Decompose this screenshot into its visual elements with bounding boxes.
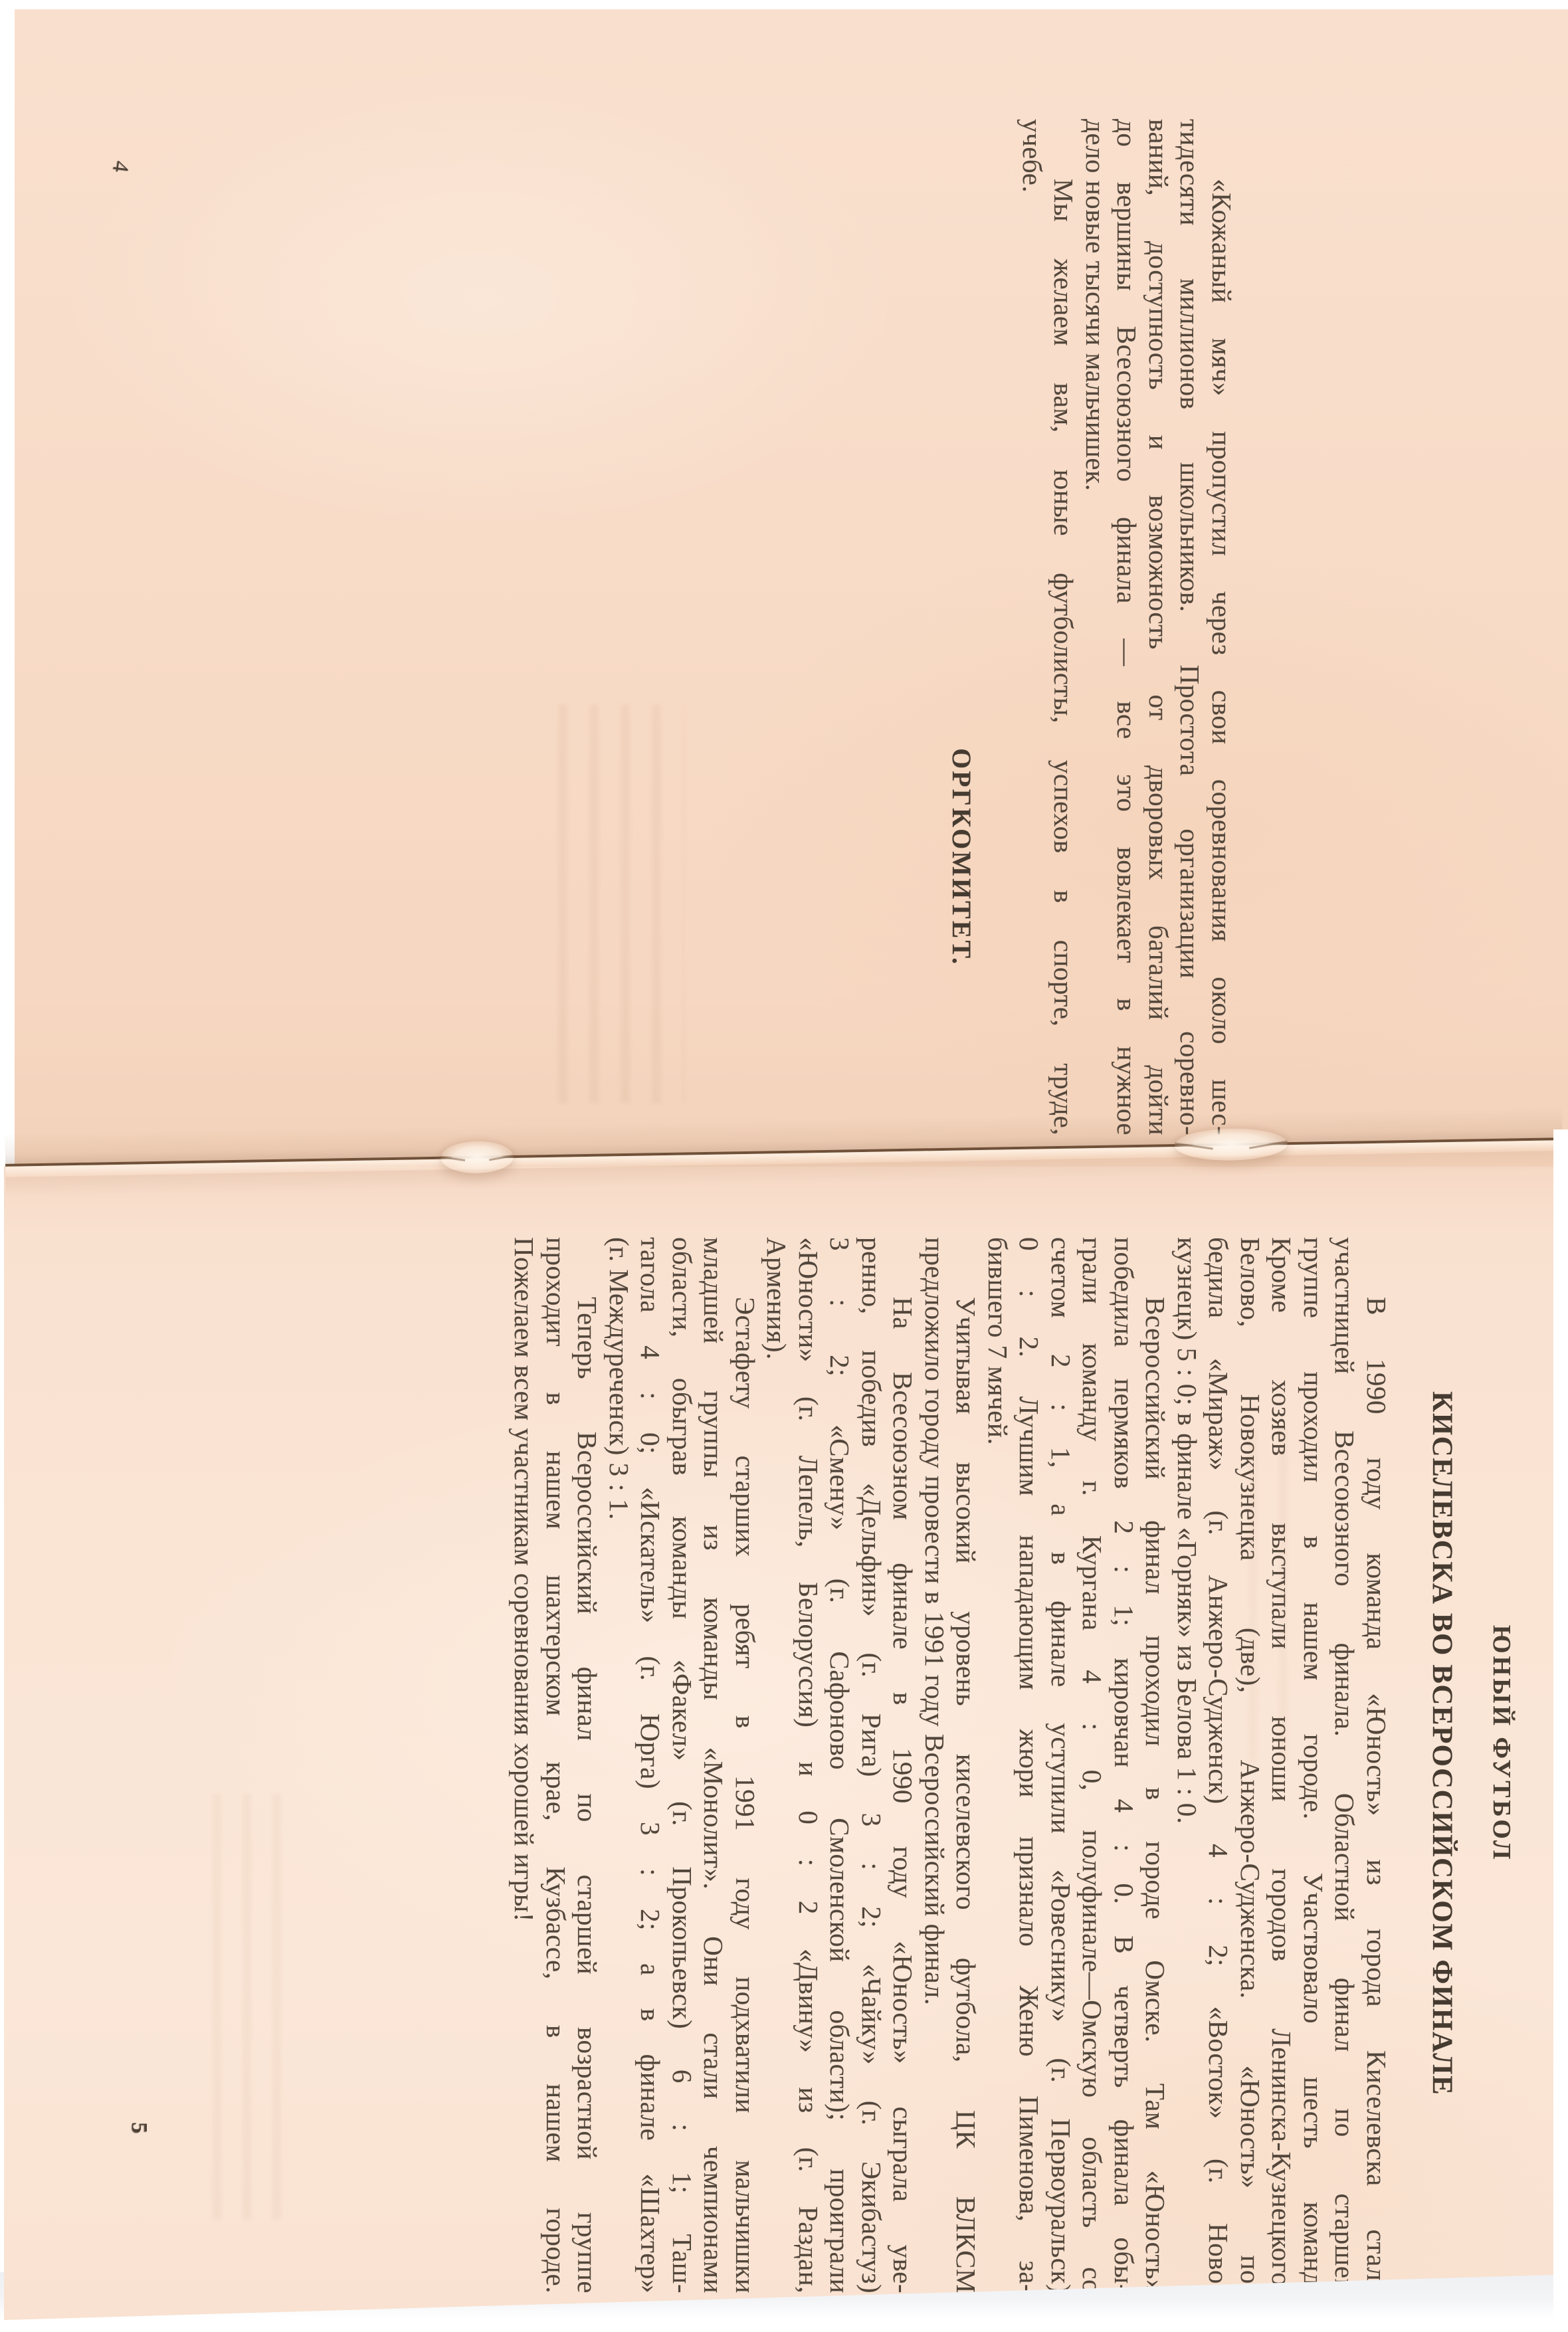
text-line: Всероссийский финал проходил в городе Ом… (1139, 1237, 1171, 2293)
paragraph: Теперь Всероссийский финал по старшей во… (508, 1237, 603, 2293)
page-number-4: 4 (108, 159, 132, 174)
text-line: тидесяти миллионов школьников. Простота … (1174, 119, 1206, 1135)
text-line: «Кожаный мяч» пропустил через свои сорев… (1206, 119, 1238, 1135)
scan-edge-right (1553, 1129, 1568, 2332)
text-line: ваний, доступность и возможность от двор… (1143, 119, 1175, 1135)
paragraph: Всероссийский финал проходил в городе Ом… (982, 1237, 1171, 2293)
text-line: бедила «Мираж» (г. Анжеро-Судженск) 4 : … (1203, 1237, 1234, 2293)
text-line: тагола 4 : 0; «Искатель» (г. Юрга) 3 : 2… (635, 1237, 666, 2293)
page-4-text: «Кожаный мяч» пропустил через свои сорев… (1017, 119, 1238, 1135)
text-line: (г. Междуреченск) 3 : 1. (603, 1237, 635, 2293)
text-line: до вершины Всесоюзного финала — все это … (1111, 119, 1143, 1135)
text-line: «Юности» (г. Лепель, Белоруссия) и 0 : 2… (793, 1237, 825, 2293)
paragraph: На Всесоюзном финале в 1990 году «Юность… (761, 1237, 919, 2293)
page-number-5: 5 (128, 2122, 150, 2133)
paragraph: В 1990 году команда «Юность» из города К… (1171, 1237, 1393, 2293)
text-line: младшей группы из команды «Монолит». Они… (698, 1237, 730, 2293)
orgkomitet-signature: ОРГКОМИТЕТ. (947, 119, 978, 1135)
text-line: Эстафету старших ребят в 1991 году подхв… (730, 1237, 761, 2293)
text-line: области, обыграв команды «Факел» (г. Про… (666, 1237, 698, 2293)
text-line: проходит в нашем шахтерском крае, Кузбас… (540, 1237, 572, 2293)
text-line: бившего 7 мячей. (982, 1237, 1014, 2293)
article-title: КИСЕЛЕВСКА ВО ВСЕРОССИЙСКОМ ФИНАЛЕ (1425, 1167, 1458, 2320)
paragraph: Мы желаем вам, юные футболисты, успехов … (1017, 119, 1080, 1135)
rubric-heading: ЮНЫЙ ФУТБОЛ (1486, 1167, 1517, 2320)
paragraph: «Кожаный мяч» пропустил через свои сорев… (1080, 119, 1238, 1135)
text-line: 0 : 2. Лучшим нападающим жюри признало Ж… (1013, 1237, 1045, 2293)
text-line: учебе. (1017, 119, 1048, 1135)
text-line: Кроме хозяев выступали юноши городов Лен… (1266, 1237, 1298, 2293)
text-line: кузнецк) 5 : 0; в финале «Горняк» из Бел… (1171, 1237, 1203, 2293)
page-5: ЮНЫЙ ФУТБОЛ КИСЕЛЕВСКА ВО ВСЕРОССИЙСКОМ … (4, 1167, 1553, 2320)
text-line: Мы желаем вам, юные футболисты, успехов … (1048, 119, 1080, 1135)
text-line: предложило городу провести в 1991 году В… (919, 1237, 951, 2293)
text-line: Пожелаем всем участникам соревнования хо… (508, 1237, 540, 2293)
text-line: Белово, Новокузнецка (две), Анжеро-Судже… (1234, 1237, 1266, 2293)
text-line: группе проходил в нашем городе. Участвов… (1298, 1237, 1329, 2293)
text-line: В 1990 году команда «Юность» из города К… (1361, 1237, 1393, 2293)
paragraph: Эстафету старших ребят в 1991 году подхв… (603, 1237, 761, 2293)
scanned-booklet-spread: «Кожаный мяч» пропустил через свои сорев… (0, 0, 1568, 2332)
text-line: ренно, победив «Дельфин» (г. Рига) 3 : 2… (856, 1237, 888, 2293)
text-line: дело новые тысячи мальчишек. (1080, 119, 1112, 1135)
text-line: счетом 2 : 1, а в финале уступили «Ровес… (1045, 1237, 1077, 2293)
page-4-rotated-frame: «Кожаный мяч» пропустил через свои сорев… (15, 9, 1568, 1167)
paragraph: Учитывая высокий уровень киселевского фу… (919, 1237, 982, 2293)
page-4: «Кожаный мяч» пропустил через свои сорев… (15, 9, 1568, 1167)
text-line: 3 : 2; «Смену» (г. Сафоново Смоленской о… (824, 1237, 856, 2293)
text-line: участницей Всесоюзного финала. Областной… (1329, 1237, 1361, 2293)
page-5-text: В 1990 году команда «Юность» из города К… (508, 1237, 1392, 2293)
text-line: На Всесоюзном финале в 1990 году «Юность… (887, 1237, 919, 2293)
page-5-rotated-frame: ЮНЫЙ ФУТБОЛ КИСЕЛЕВСКА ВО ВСЕРОССИЙСКОМ … (4, 1167, 1553, 2320)
text-line: победила пермяков 2 : 1; кировчан 4 : 0.… (1108, 1237, 1140, 2293)
text-line: Учитывая высокий уровень киселевского фу… (950, 1237, 982, 2293)
text-line: Армения). (761, 1237, 793, 2293)
text-line: грали команду г. Кургана 4 : 0, полуфина… (1076, 1237, 1108, 2293)
text-line: Теперь Всероссийский финал по старшей во… (571, 1237, 603, 2293)
